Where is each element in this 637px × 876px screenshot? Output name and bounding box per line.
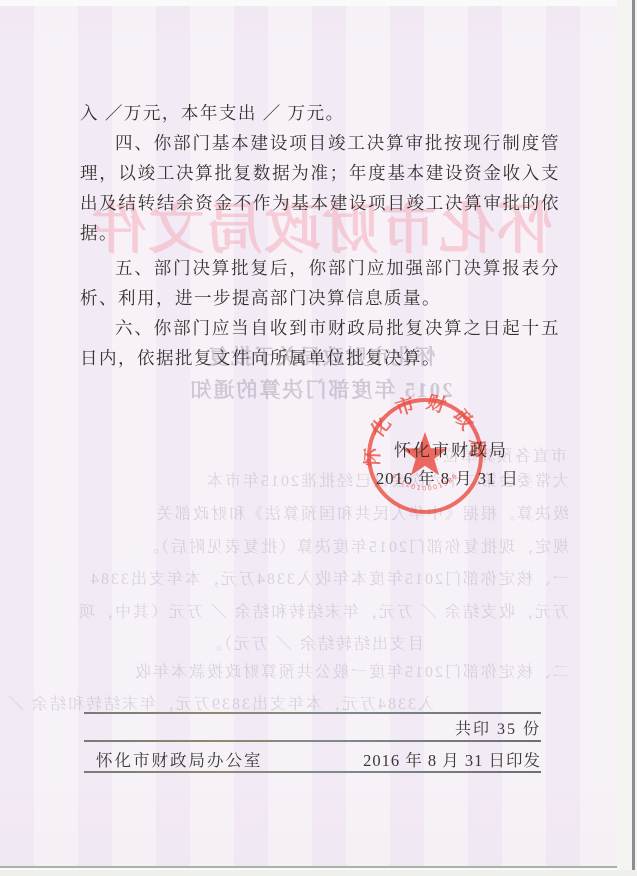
bleed-line: 级决算。根据《中华人民共和国预算法》和财政部关: [155, 501, 569, 524]
footer-divider-middle: [84, 740, 541, 742]
print-date: 2016 年 8 月 31 日印发: [363, 747, 541, 771]
signature-date: 2016 年 8 月 31 日: [376, 465, 519, 489]
bleed-line: 目支出结转结余 ／ 万元）。: [204, 631, 424, 654]
bleed-doc-title-line2: 2015 年度部门决算的通知: [72, 374, 569, 404]
scanner-bottom-strip: [0, 870, 637, 876]
bleed-line: 一、核定你部门2015年度本年收入3384万元，本年支出3384: [89, 566, 569, 589]
body-paragraph-item6: 六、你部门应当自收到市财政局批复决算之日起十五日内，依据批复文件向所属单位批复决…: [80, 313, 560, 373]
bleed-line: 入3384万元，本年支出3839万元，年末结转和结余 ／（其中，: [0, 691, 434, 714]
bleed-line: 万元，收支结余 ／ 万元，年末结转和结余 ／ 万元（其中，项: [77, 599, 569, 622]
footer-divider-bottom: [84, 771, 541, 773]
footer-row: 怀化市财政局办公室 2016 年 8 月 31 日印发: [84, 744, 541, 770]
body-paragraph-item5: 五、部门决算批复后，你部门应加强部门决算报表分析、利用，进一步提高部门决算信息质…: [80, 253, 560, 313]
paper-sheet: 怀化市财政局文件 怀化市财政局关于批复 2015 年度部门决算的通知 市直各预算…: [0, 6, 617, 868]
document-body: 入 ／万元，本年支出 ／ 万元。 四、你部门基本建设项目竣工决算审批按现行制度管…: [80, 98, 560, 373]
print-copies: 共印 35 份: [84, 716, 541, 739]
body-paragraph-item4: 四、你部门基本建设项目竣工决算审批按现行制度管理，以竣工决算批复数据为准；年度基…: [80, 128, 560, 248]
issuing-office: 怀化市财政局办公室: [96, 747, 263, 771]
signature-org: 怀化市财政局: [394, 436, 508, 461]
scanned-document-page: { "doc": { "body_paragraphs": [ { "text"…: [0, 0, 637, 876]
bleed-line: 二、核定你部门2015年度一般公共预算财政拨款本年收: [133, 659, 569, 682]
footer-divider-top: [84, 712, 541, 714]
bleed-line: 规定，现批复你部门2015年度决算（批复表见附后）。: [141, 534, 569, 557]
scanner-edge-line: [632, 0, 635, 876]
body-paragraph-continuation: 入 ／万元，本年支出 ／ 万元。: [80, 98, 560, 128]
